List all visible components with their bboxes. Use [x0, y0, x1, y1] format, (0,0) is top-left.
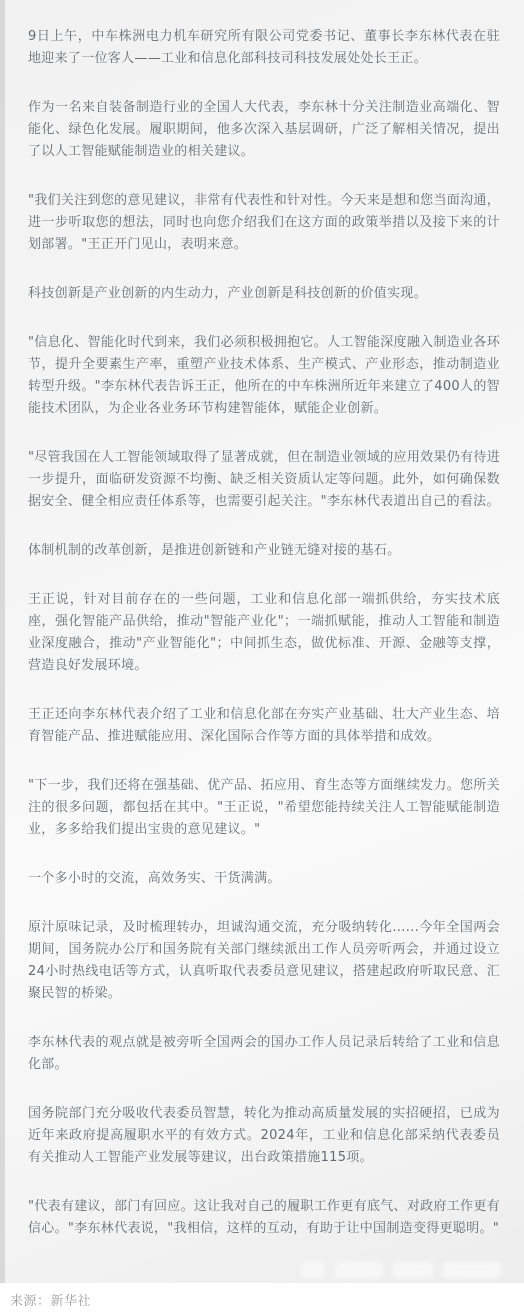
article-paragraph: 王正还向李东林代表介绍了工业和信息化部在夯实产业基础、壮大产业生态、培育智能产品…: [28, 704, 500, 748]
article-paragraph: "信息化、智能化时代到来，我们必须积极拥抱它。人工智能深度融入制造业各环节，提升…: [28, 332, 500, 420]
article-paragraph: 体制机制的改革创新，是推进创新链和产业链无缝对接的基石。: [28, 540, 500, 562]
article-paragraph: "我们关注到您的意见建议，非常有代表性和针对性。今天来是想和您当面沟通，进一步听…: [28, 190, 500, 256]
article-paragraph: 王正说，针对目前存在的一些问题，工业和信息化部一端抓供给，夯实技术底座，强化智能…: [28, 589, 500, 677]
article-paragraph: "尽管我国在人工智能领域取得了显著成就，但在制造业领域的应用效果仍有待进一步提升…: [28, 447, 500, 513]
page: 9日上午，中车株洲电力机车研究所有限公司党委书记、董事长李东林代表在驻地迎来了一…: [0, 0, 524, 1312]
article-paragraph: 一个多小时的交流，高效务实、干货满满。: [28, 868, 500, 890]
article-paragraph: 科技创新是产业创新的内生动力，产业创新是科技创新的价值实现。: [28, 283, 500, 305]
article-paragraph: 国务院部门充分吸收代表委员智慧，转化为推动高质量发展的实招硬招，已成为近年来政府…: [28, 1103, 500, 1169]
article-paragraph: "下一步，我们还将在强基础、优产品、拓应用、育生态等方面继续发力。您所关注的很多…: [28, 775, 500, 841]
article-paragraph: 原汁原味记录，及时梳理转办，坦诚沟通交流，充分吸纳转化......今年全国两会期…: [28, 917, 500, 1005]
article-paragraph: 9日上午，中车株洲电力机车研究所有限公司党委书记、董事长李东林代表在驻地迎来了一…: [28, 26, 500, 70]
article-paragraph: 作为一名来自装备制造行业的全国人大代表，李东林十分关注制造业高端化、智能化、绿色…: [28, 97, 500, 163]
article-screenshot: 9日上午，中车株洲电力机车研究所有限公司党委书记、董事长李东林代表在驻地迎来了一…: [0, 0, 524, 1283]
article-paragraph: "代表有建议，部门有回应。这让我对自己的履职工作更有底气、对政府工作更有信心。"…: [28, 1196, 500, 1240]
article-paragraph: 李东林代表的观点就是被旁听全国两会的国办工作人员记录后转给了工业和信息化部。: [28, 1032, 500, 1076]
faint-watermark: [301, 1257, 516, 1283]
source-attribution: 来源：新华社: [0, 1283, 524, 1312]
